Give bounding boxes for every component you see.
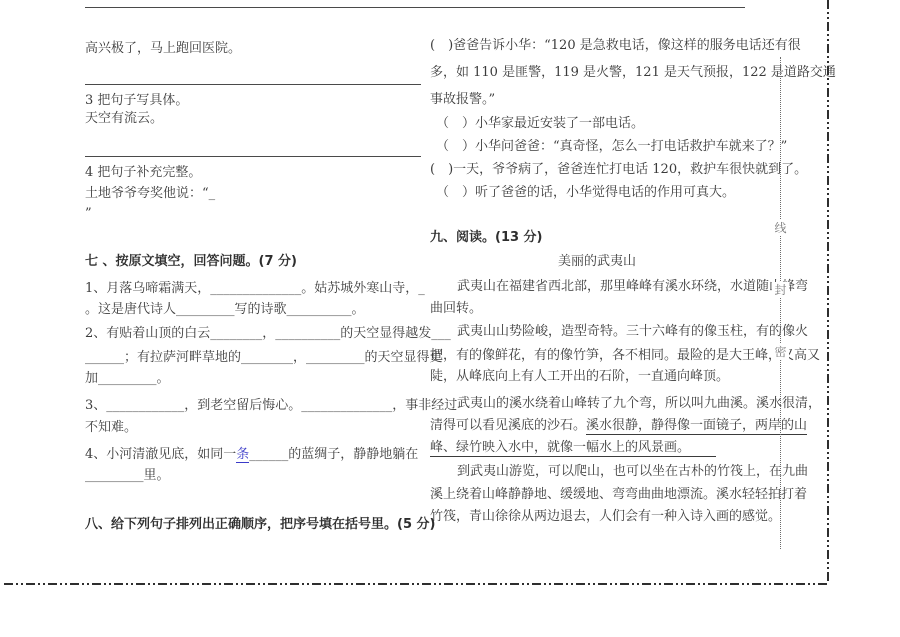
passage-p4-line1: 到武夷山游览，可以爬山，也可以坐在古朴的竹筏上，在九曲: [430, 463, 808, 481]
answer-blank-rule-top: [85, 7, 745, 8]
passage-p2-line3: 陡，从峰底向上有人工开出的石阶，一直通向峰顶。: [430, 368, 729, 386]
passage-p3-line3: 峰、绿竹映入水中，就像一幅水上的风景画。: [430, 439, 716, 457]
section-7-heading: 七 、按原文填空，回答问题。(7 分): [85, 253, 297, 271]
exam-paper-page: 高兴极了，马上跑回医院。 3 把句子写具体。 天空有流云。 4 把句子补充完整。…: [0, 0, 900, 637]
passage-p4-line2: 溪上绕着山峰静静地、缓缓地、弯弯曲曲地漂流。溪水轻轻拍打着: [430, 486, 807, 504]
section-8-heading: 八、给下列句子排列出正确顺序，把序号填在括号里。(5 分): [85, 516, 435, 534]
section7-q1-line2: 。这是唐代诗人_________写的诗歌__________。: [85, 301, 365, 319]
passage-p1-line1: 武夷山在福建省西北部，那里峰峰有溪水环绕，水道随山峰弯: [430, 278, 808, 296]
tiao-hyperlink[interactable]: 条: [236, 447, 249, 463]
passage-p3-line3-underlined: 峰、绿竹映入水中，就像一幅水上的风景画。: [430, 440, 716, 457]
subquestion-3-sentence: 天空有流云。: [85, 110, 163, 128]
order-item-line: ( )一天，爷爷病了，爸爸连忙打电话 120，救护车很快就到了。: [430, 161, 807, 179]
passage-p1-line2: 曲回转。: [430, 300, 482, 318]
order-item-line: 多，如 110 是匪警，119 是火警，121 是天气预报，122 是道路交通: [430, 64, 836, 82]
passage-p3-line2-plain: 清得可以看见溪底的沙石。: [430, 418, 586, 433]
section7-q2-line1: 2、有贴着山顶的白云________，__________的天空显得越发___: [85, 325, 451, 343]
section-9-heading: 九、阅读。(13 分): [430, 229, 543, 247]
section7-q3-line1: 3、____________，到老空留后悔心。______________，事非…: [85, 397, 457, 415]
passage-p2-line1: 武夷山山势险峻，造型奇特。三十六峰有的像玉柱，有的像火: [430, 323, 808, 341]
subquestion-4-line2: ”: [85, 205, 92, 223]
answer-blank-rule: [85, 84, 421, 85]
page-frame-vertical-line: [827, 0, 829, 584]
section7-q2-line3: 加_________。: [85, 370, 170, 388]
seal-char-feng: 封: [772, 282, 789, 298]
seal-dotted-line: [780, 57, 781, 549]
section7-q4-post-text: ______的蓝绸子，静静地躺在: [249, 447, 418, 462]
order-item-line: 事故报警。”: [430, 91, 495, 109]
subquestion-4-line1: 土地爷爷夸奖他说：“_: [85, 185, 215, 203]
section7-q2-line2: ______；有拉萨河畔草地的________，_________的天空显得更: [85, 349, 443, 367]
seal-char-xian: 线: [772, 220, 789, 236]
passage-p2-line2: 把，有的像鲜花，有的像竹笋，各不相同。最险的是大王峰，又高又: [430, 347, 820, 365]
passage-p3-line2: 清得可以看见溪底的沙石。溪水很静，静得像一面镜子，两岸的山: [430, 417, 807, 435]
order-item-line: （ ）听了爸爸的话，小华觉得电话的作用可真大。: [430, 184, 735, 202]
seal-char-mi: 密: [772, 344, 789, 360]
passage-p3-line1: 武夷山的溪水绕着山峰转了九个弯，所以叫九曲溪。溪水很清，: [430, 395, 821, 413]
order-item-line: ( )爸爸告诉小华：“120 是急救电话，像这样的服务电话还有很: [430, 37, 801, 55]
section7-q4-line2: _________里。: [85, 467, 170, 485]
previous-answer-line: 高兴极了，马上跑回医院。: [85, 40, 241, 58]
section7-q1-line1: 1、月落乌啼霜满天，______________。姑苏城外寒山寺，_: [85, 280, 425, 298]
reading-passage-title: 美丽的武夷山: [430, 253, 764, 271]
order-item-line: （ ）小华问爸爸：“真奇怪，怎么一打电话救护车就来了？”: [430, 138, 787, 156]
answer-blank-rule: [85, 156, 421, 157]
passage-p3-line2-underlined: 溪水很静，静得像一面镜子，两岸的山: [586, 418, 807, 435]
subquestion-3-title: 3 把句子写具体。: [85, 92, 188, 110]
section7-q4-line1: 4、小河清澈见底，如同一条______的蓝绸子，静静地躺在: [85, 446, 418, 464]
order-item-line: （ ）小华家最近安装了一部电话。: [430, 115, 644, 133]
passage-p4-line3: 竹筏，青山徐徐从两边退去，人们会有一种入诗入画的感觉。: [430, 508, 781, 526]
subquestion-4-title: 4 把句子补充完整。: [85, 164, 201, 182]
section7-q4-pre-text: 4、小河清澈见底，如同一: [85, 447, 236, 462]
section7-q3-line2: 不知难。: [85, 419, 137, 437]
page-frame-horizontal-line: [4, 583, 828, 585]
